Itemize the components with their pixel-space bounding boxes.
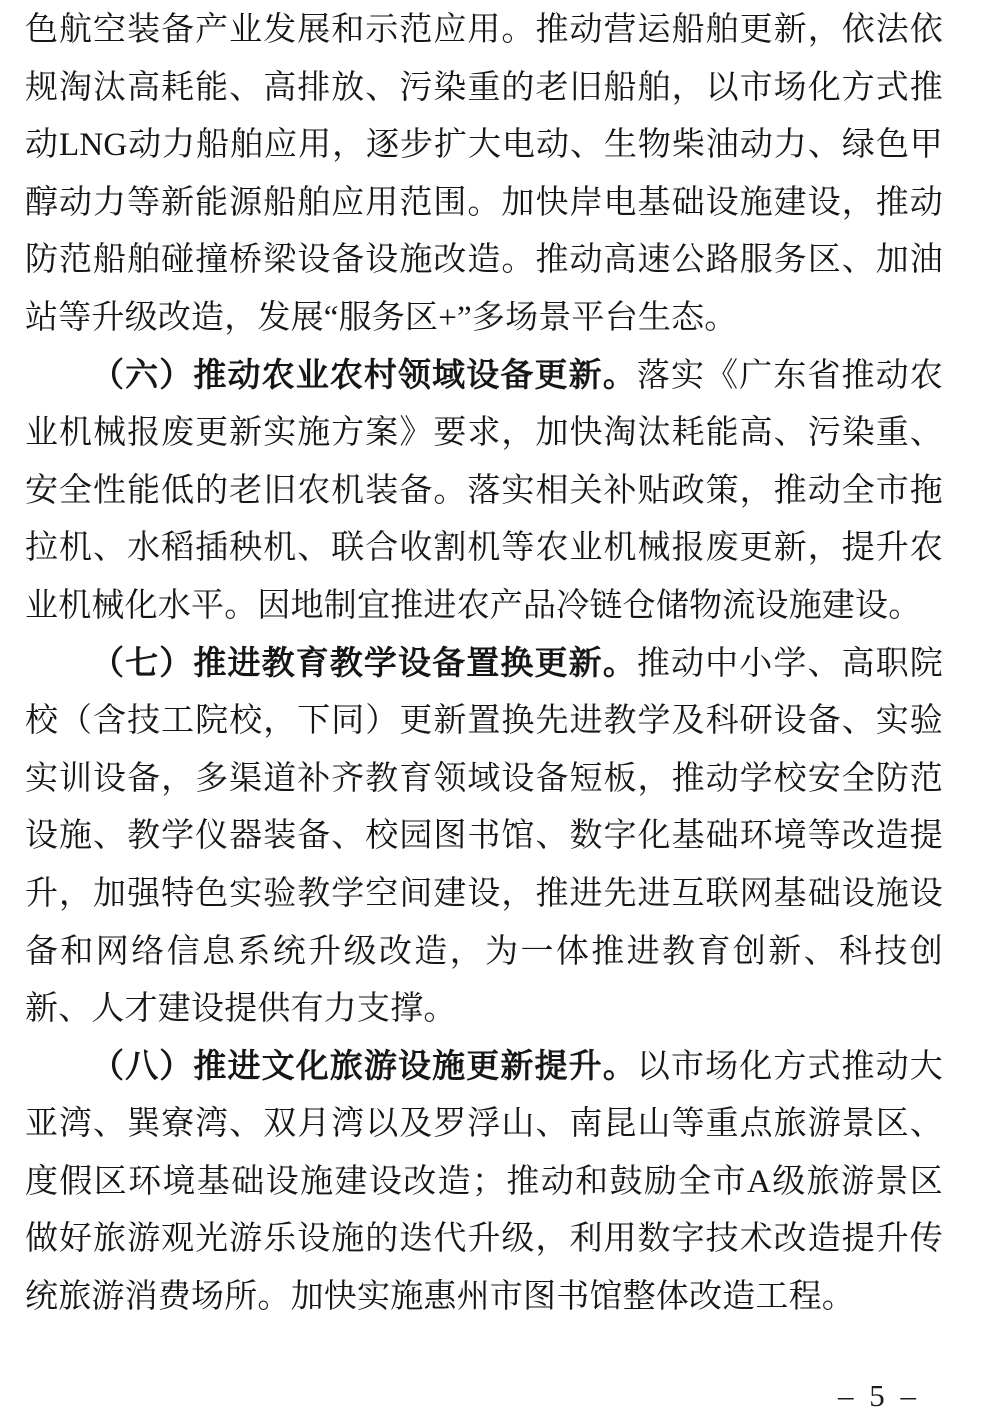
section-heading: （八）推进文化旅游设施更新提升。 — [91, 1049, 637, 1085]
paragraph-text: 以市场化方式推动大亚湾、巽寮湾、双月湾以及罗浮山、南昆山等重点旅游景区、度假区环… — [25, 1049, 943, 1315]
paragraph-continuation: 色航空装备产业发展和示范应用。推动营运船舶更新，依法依规淘汰高耗能、高排放、污染… — [25, 2, 943, 348]
section-heading: （七）推进教育教学设备置换更新。 — [91, 646, 637, 682]
document-page: 色航空装备产业发展和示范应用。推动营运船舶更新，依法依规淘汰高耗能、高排放、污染… — [0, 0, 1000, 1426]
paragraph-text: 落实《广东省推动农业机械报废更新实施方案》要求，加快淘汰耗能高、污染重、安全性能… — [25, 358, 943, 624]
paragraph-section-8: （八）推进文化旅游设施更新提升。以市场化方式推动大亚湾、巽寮湾、双月湾以及罗浮山… — [25, 1039, 943, 1327]
paragraph-text: 推动中小学、高职院校（含技工院校，下同）更新置换先进教学及科研设备、实验实训设备… — [25, 646, 943, 1028]
document-body: 色航空装备产业发展和示范应用。推动营运船舶更新，依法依规淘汰高耗能、高排放、污染… — [25, 2, 943, 1327]
paragraph-text: 色航空装备产业发展和示范应用。推动营运船舶更新，依法依规淘汰高耗能、高排放、污染… — [25, 12, 943, 336]
section-heading: （六）推动农业农村领域设备更新。 — [91, 358, 637, 394]
paragraph-section-6: （六）推动农业农村领域设备更新。落实《广东省推动农业机械报废更新实施方案》要求，… — [25, 348, 943, 636]
paragraph-section-7: （七）推进教育教学设备置换更新。推动中小学、高职院校（含技工院校，下同）更新置换… — [25, 636, 943, 1039]
page-number: – 5 – — [838, 1376, 920, 1416]
